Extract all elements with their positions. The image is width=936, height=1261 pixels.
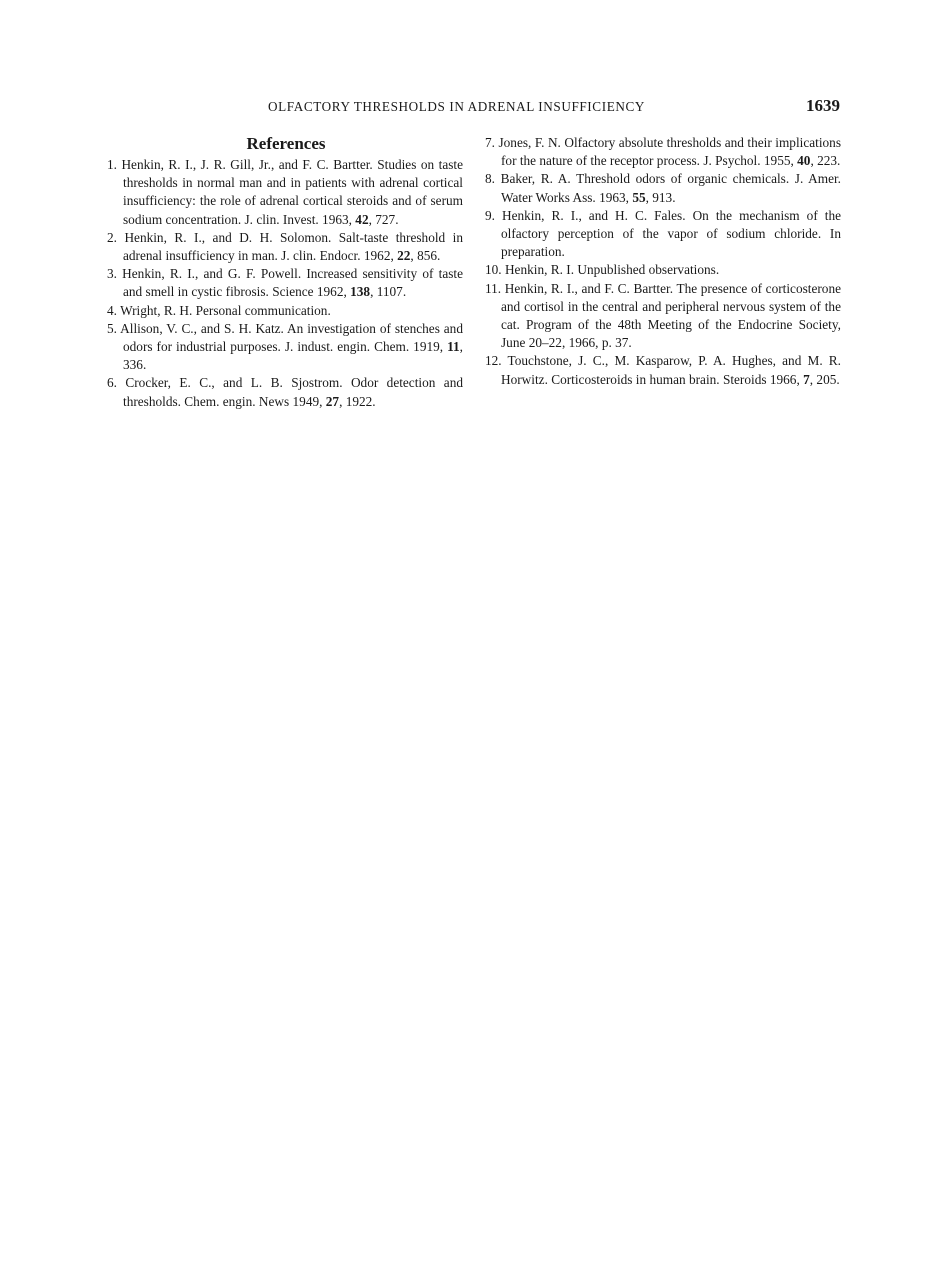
reference-volume: 7 <box>803 372 810 387</box>
reference-volume: 27 <box>326 394 339 409</box>
reference-item: 11. Henkin, R. I., and F. C. Bartter. Th… <box>485 280 841 353</box>
reference-number: 7. <box>485 135 498 150</box>
reference-item: 8. Baker, R. A. Threshold odors of organ… <box>485 170 841 206</box>
reference-pages: , 913. <box>646 190 676 205</box>
reference-volume: 42 <box>355 212 368 227</box>
reference-item: 5. Allison, V. C., and S. H. Katz. An in… <box>107 320 463 375</box>
reference-item: 4. Wright, R. H. Personal communication. <box>107 302 463 320</box>
reference-number: 1. <box>107 157 121 172</box>
reference-pages: , 727. <box>369 212 399 227</box>
reference-number: 11. <box>485 281 505 296</box>
reference-item: 7. Jones, F. N. Olfactory absolute thres… <box>485 134 841 170</box>
reference-item: 9. Henkin, R. I., and H. C. Fales. On th… <box>485 207 841 262</box>
reference-text: Henkin, R. I., and G. F. Powell. Increas… <box>122 266 463 299</box>
reference-number: 2. <box>107 230 124 245</box>
references-left-column: References 1. Henkin, R. I., J. R. Gill,… <box>107 134 463 411</box>
reference-pages: , 856. <box>410 248 440 263</box>
reference-number: 6. <box>107 375 125 390</box>
reference-volume: 138 <box>350 284 370 299</box>
reference-text: Henkin, R. I., and F. C. Bartter. The pr… <box>501 281 841 351</box>
reference-pages: , 1922. <box>339 394 376 409</box>
reference-text: Henkin, R. I., J. R. Gill, Jr., and F. C… <box>121 157 463 227</box>
reference-volume: 40 <box>797 153 810 168</box>
references-right-column: 7. Jones, F. N. Olfactory absolute thres… <box>485 134 841 389</box>
reference-item: 2. Henkin, R. I., and D. H. Solomon. Sal… <box>107 229 463 265</box>
running-head: OLFACTORY THRESHOLDS IN ADRENAL INSUFFIC… <box>268 99 840 115</box>
reference-number: 10. <box>485 262 505 277</box>
reference-volume: 55 <box>632 190 645 205</box>
reference-item: 10. Henkin, R. I. Unpublished observatio… <box>485 261 841 279</box>
reference-text: Touchstone, J. C., M. Kasparow, P. A. Hu… <box>501 353 841 386</box>
reference-pages: , 1107. <box>370 284 406 299</box>
reference-item: 12. Touchstone, J. C., M. Kasparow, P. A… <box>485 352 841 388</box>
reference-item: 6. Crocker, E. C., and L. B. Sjostrom. O… <box>107 374 463 410</box>
reference-text: Crocker, E. C., and L. B. Sjostrom. Odor… <box>123 375 463 408</box>
reference-number: 9. <box>485 208 502 223</box>
reference-text: Wright, R. H. Personal communication. <box>120 303 331 318</box>
reference-number: 8. <box>485 171 501 186</box>
page-number: 1639 <box>806 96 840 116</box>
reference-list-right: 7. Jones, F. N. Olfactory absolute thres… <box>485 134 841 389</box>
reference-pages: , 205. <box>810 372 840 387</box>
reference-text: Henkin, R. I., and H. C. Fales. On the m… <box>501 208 841 259</box>
reference-number: 4. <box>107 303 120 318</box>
reference-volume: 22 <box>397 248 410 263</box>
reference-list-left: 1. Henkin, R. I., J. R. Gill, Jr., and F… <box>107 156 463 411</box>
reference-number: 12. <box>485 353 508 368</box>
reference-number: 3. <box>107 266 122 281</box>
reference-number: 5. <box>107 321 120 336</box>
reference-text: Allison, V. C., and S. H. Katz. An inves… <box>120 321 463 354</box>
reference-pages: , 223. <box>810 153 840 168</box>
references-heading: References <box>107 134 463 154</box>
reference-item: 1. Henkin, R. I., J. R. Gill, Jr., and F… <box>107 156 463 229</box>
reference-text: Henkin, R. I. Unpublished observations. <box>505 262 719 277</box>
reference-text: Jones, F. N. Olfactory absolute threshol… <box>498 135 841 168</box>
reference-volume: 11 <box>447 339 460 354</box>
reference-item: 3. Henkin, R. I., and G. F. Powell. Incr… <box>107 265 463 301</box>
running-title: OLFACTORY THRESHOLDS IN ADRENAL INSUFFIC… <box>268 99 645 114</box>
